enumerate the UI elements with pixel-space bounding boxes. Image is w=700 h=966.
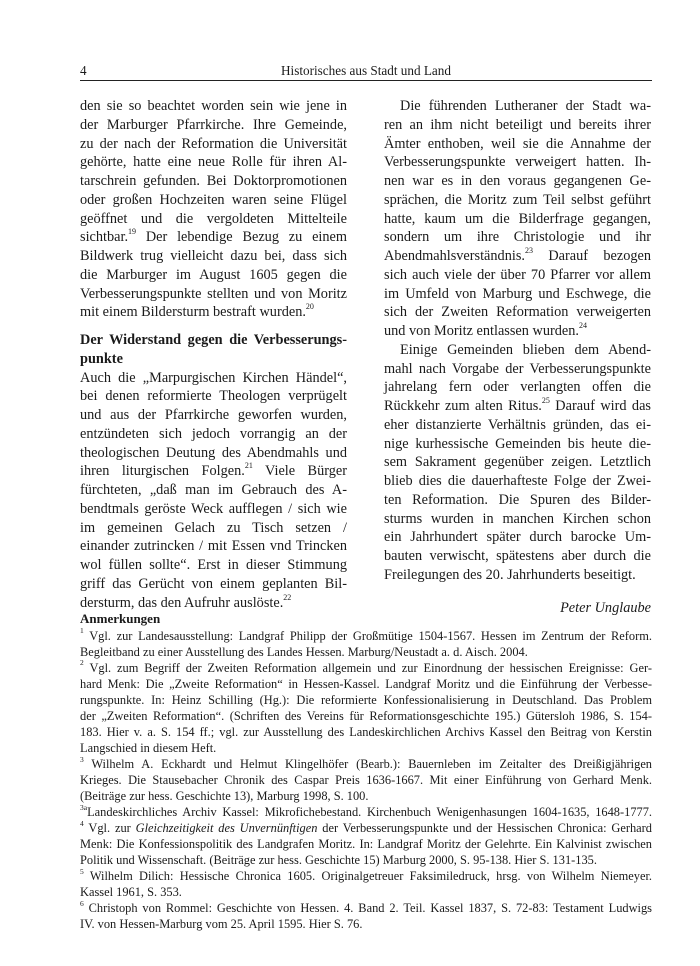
- footnote-1: 1 Vgl. zur Landesausstellung: Landgraf P…: [80, 628, 652, 660]
- text: Vgl. zum Begriff der Zweiten Reformation…: [89, 661, 652, 675]
- footnote-4: 4 Vgl. zur Gleichzeitigkeit des Unvernün…: [80, 820, 652, 868]
- text-line: bendtmals geröste Weck aufflegen / sich …: [80, 500, 347, 519]
- text-line: sondern um ihre Christologie und ihr: [384, 228, 651, 247]
- text: Landeskirchliches Archiv Kassel: Mikrofi…: [87, 805, 652, 819]
- text-line: im gemeinen Gelach zu Tisch setzen /: [80, 519, 347, 538]
- footnote-ref[interactable]: 20: [306, 302, 314, 311]
- paragraph: Die führenden Lutheraner der Stadt wa- r…: [384, 97, 651, 341]
- text-line: theologischen Deutung des Abendmahls und: [80, 444, 347, 463]
- note-line: Krieges. Die Stausebacher Chronik des Ca…: [80, 772, 652, 788]
- footnote-ref[interactable]: 24: [579, 321, 587, 330]
- header-rule: [80, 80, 652, 81]
- footnote-3: 3 Wilhelm A. Eckhardt und Helmut Klingel…: [80, 756, 652, 804]
- note-line: 183. Hier v. a. S. 154 ff.; vgl. zur Aus…: [80, 724, 652, 740]
- footnote-number: 6: [80, 899, 84, 908]
- note-line: hard Menk: Die „Zweite Reformation“ in H…: [80, 676, 652, 692]
- text-line: einander zutrincken / mit Essen vnd Trin…: [80, 537, 347, 556]
- text-line: Bildwerk trug vielleicht dazu bei, dass …: [80, 247, 347, 266]
- text: sichtbar.: [80, 229, 128, 245]
- text: der Verbesserungspunkte und der Hessisch…: [317, 821, 652, 835]
- text-line: im Umfeld von Marburg und Eschwege, die: [384, 285, 651, 304]
- footnote-ref[interactable]: 19: [128, 227, 136, 236]
- footnote-ref[interactable]: 21: [245, 461, 253, 470]
- text: Christoph von Rommel: Geschichte von Hes…: [89, 901, 652, 915]
- text-line: Verbesserungspunkte stellten und von Mor…: [80, 285, 347, 304]
- text-line: mit einem Bildersturm bestraft wurden.20: [80, 303, 347, 322]
- footnote-ref[interactable]: 23: [525, 246, 533, 255]
- text-line: ren an ihm nicht beteiligt und bereits i…: [384, 116, 651, 135]
- text-line: und von Moritz entlassen wurden.24: [384, 322, 651, 341]
- footnotes-section: Anmerkungen 1 Vgl. zur Landesausstellung…: [80, 611, 652, 932]
- footnote-number: 3: [80, 755, 84, 764]
- text-line: den sie so beachtet worden sein wie jene…: [80, 97, 347, 116]
- text-line: die Marburger im August 1605 gegen die: [80, 266, 347, 285]
- text-line: und aus der Pfarrkirche geworfen wurden,: [80, 406, 347, 425]
- text-line: bei denen reformierte Theologen verprüge…: [80, 387, 347, 406]
- text-line: Ämter enthoben, weil sie die Annahme der: [384, 135, 651, 154]
- footnote-number: 1: [80, 626, 84, 635]
- text-line: tarschrein gefunden. Bei Doktorpromotion…: [80, 172, 347, 191]
- note-line: 5 Wilhelm Dilich: Hessische Chronica 160…: [80, 868, 652, 884]
- text-line: wol füllen sollte“. Erst in dieser Stimm…: [80, 556, 347, 575]
- text-line: hatte, kaum um die Bilderfrage gegangen,: [384, 210, 651, 229]
- text-line: nige kurhessische Gemeinden bis heute di…: [384, 435, 651, 454]
- text-line: jahrelang fern oder verlangten offen die: [384, 378, 651, 397]
- footnote-number: 3a: [80, 803, 87, 812]
- text-line: Auch die „Marpurgischen Kirchen Händel“,: [80, 369, 347, 388]
- spacer: [80, 322, 347, 331]
- footnote-ref[interactable]: 22: [283, 593, 291, 602]
- right-column: Die führenden Lutheraner der Stadt wa- r…: [384, 97, 651, 617]
- text-line: fürchteten, „daß man im Gebrauch des A-: [80, 481, 347, 500]
- heading-line: Der Widerstand gegen die Verbesserungs-: [80, 331, 347, 350]
- notes-heading: Anmerkungen: [80, 611, 652, 628]
- text: Viele Bürger: [253, 463, 347, 479]
- note-line: rungspunkte. In: Heinz Schilling (Hg.): …: [80, 692, 652, 708]
- text-line: sturms wurden in manchen Kirchen schon: [384, 510, 651, 529]
- text: Darauf wird das: [550, 398, 651, 414]
- note-line: 2 Vgl. zum Begriff der Zweiten Reformati…: [80, 660, 652, 676]
- text-line: geöffnet und die vergoldeten Mittelteile: [80, 210, 347, 229]
- text-line: ein Jahrhundert später durch barocke Um-: [384, 528, 651, 547]
- text: ihren liturgischen Folgen.: [80, 463, 245, 479]
- text-line: sem Sakrament gegenüber zeigen. Letztlic…: [384, 453, 651, 472]
- heading-line: punkte: [80, 350, 347, 369]
- footnote-6: 6 Christoph von Rommel: Geschichte von H…: [80, 900, 652, 932]
- text-line: gehörte, hatte eine neue Rolle für ihren…: [80, 153, 347, 172]
- note-line: (Beiträge zur hess. Geschichte 13), Marb…: [80, 788, 652, 804]
- text: Vgl. zur Landesausstellung: Landgraf Phi…: [89, 629, 652, 643]
- text-line: oder großen Hochzeiten waren seine Flüge…: [80, 191, 347, 210]
- note-line: Menk: Die Konfessionspolitik des Landgra…: [80, 836, 652, 852]
- paragraph: den sie so beachtet worden sein wie jene…: [80, 97, 347, 322]
- text-line: Einige Gemeinden blieben dem Abend-: [384, 341, 651, 360]
- text-line: entzündeten sich jedoch vorrangig an der: [80, 425, 347, 444]
- note-line: IV. von Hessen-Marburg vom 25. April 159…: [80, 916, 652, 932]
- text-line: Abendmahlsverständnis.23 Darauf bezogen: [384, 247, 651, 266]
- text-line: sich der Zweiten Reformation verweigerte…: [384, 303, 651, 322]
- text-line: Freilegungen des 20. Jahrhunderts beseit…: [384, 566, 651, 585]
- note-line: der „Zweiten Reformation“. (Schriften de…: [80, 708, 652, 724]
- note-line: 3 Wilhelm A. Eckhardt und Helmut Klingel…: [80, 756, 652, 772]
- text-line: bauten verwischt, spätestens aber durch …: [384, 547, 651, 566]
- note-line: 1 Vgl. zur Landesausstellung: Landgraf P…: [80, 628, 652, 644]
- text-line: der Marburger Pfarrkirche. Ihre Gemeinde…: [80, 116, 347, 135]
- footnote-3a: 3aLandeskirchliches Archiv Kassel: Mikro…: [80, 804, 652, 820]
- text: dersturm, das den Aufruhr auslöste.: [80, 595, 283, 611]
- footnote-ref[interactable]: 25: [542, 396, 550, 405]
- footnote-number: 4: [80, 819, 84, 828]
- left-column: den sie so beachtet worden sein wie jene…: [80, 97, 347, 612]
- text: Darauf bezogen: [533, 248, 651, 264]
- text-line: Rückkehr zum alten Ritus.25 Darauf wird …: [384, 397, 651, 416]
- text-line: sprächen, die Moritz zum Teil selbst gef…: [384, 191, 651, 210]
- text-line: blieb dies die dauerhafteste Folge der Z…: [384, 472, 651, 491]
- footnote-number: 2: [80, 658, 84, 667]
- text: mit einem Bildersturm bestraft wurden.: [80, 304, 306, 320]
- section-heading: Der Widerstand gegen die Verbesserungs- …: [80, 331, 347, 369]
- text: Wilhelm Dilich: Hessische Chronica 1605.…: [90, 869, 652, 883]
- note-line: Begleitband zu einer Ausstellung des Lan…: [80, 644, 652, 660]
- note-line: 3aLandeskirchliches Archiv Kassel: Mikro…: [80, 804, 652, 820]
- text: Der lebendige Bezug zu einem: [136, 229, 347, 245]
- text-line: ihren liturgischen Folgen.21 Viele Bürge…: [80, 462, 347, 481]
- footnote-5: 5 Wilhelm Dilich: Hessische Chronica 160…: [80, 868, 652, 900]
- text-line: sichtbar.19 Der lebendige Bezug zu einem: [80, 228, 347, 247]
- text: Rückkehr zum alten Ritus.: [384, 398, 542, 414]
- running-header: 4 Historisches aus Stadt und Land: [80, 62, 652, 80]
- text: und von Moritz entlassen wurden.: [384, 323, 579, 339]
- text-line: griff das Gerücht von einem geplanten Bi…: [80, 575, 347, 594]
- text-line: mahl nach Vorgabe der Verbesserungspunkt…: [384, 360, 651, 379]
- italic-text: Gleichzeitigkeit des Unvernünftigen: [136, 821, 318, 835]
- text: Abendmahlsverständnis.: [384, 248, 525, 264]
- paragraph: Auch die „Marpurgischen Kirchen Händel“,…: [80, 369, 347, 613]
- text: Vgl. zur: [88, 821, 135, 835]
- note-line: Kassel 1961, S. 353.: [80, 884, 652, 900]
- text-line: nen war es in den voraus gegangenen Ge-: [384, 172, 651, 191]
- text-line: zu der nach der Reformation die Universi…: [80, 135, 347, 154]
- text-line: ten Reformation. Die Spuren des Bilder-: [384, 491, 651, 510]
- note-line: Politik und Wissenschaft. (Beiträge zur …: [80, 852, 652, 868]
- text-line: dersturm, das den Aufruhr auslöste.22: [80, 594, 347, 613]
- note-line: Langschied in diesem Heft.: [80, 740, 652, 756]
- paragraph: Einige Gemeinden blieben dem Abend- mahl…: [384, 341, 651, 585]
- note-line: 6 Christoph von Rommel: Geschichte von H…: [80, 900, 652, 916]
- footnote-number: 5: [80, 867, 84, 876]
- text-line: Die führenden Lutheraner der Stadt wa-: [384, 97, 651, 116]
- running-title: Historisches aus Stadt und Land: [80, 62, 652, 80]
- note-line: 4 Vgl. zur Gleichzeitigkeit des Unvernün…: [80, 820, 652, 836]
- document-page: 4 Historisches aus Stadt und Land den si…: [0, 0, 700, 966]
- text: Wilhelm A. Eckhardt und Helmut Klingelhö…: [91, 757, 652, 771]
- text-line: Verbesserungspunkte verweigert hatten. I…: [384, 153, 651, 172]
- footnote-2: 2 Vgl. zum Begriff der Zweiten Reformati…: [80, 660, 652, 756]
- text-line: eher distanzierte Verhältnis gründen, da…: [384, 416, 651, 435]
- text-line: sich auch viele der über 70 Pfarrer vor …: [384, 266, 651, 285]
